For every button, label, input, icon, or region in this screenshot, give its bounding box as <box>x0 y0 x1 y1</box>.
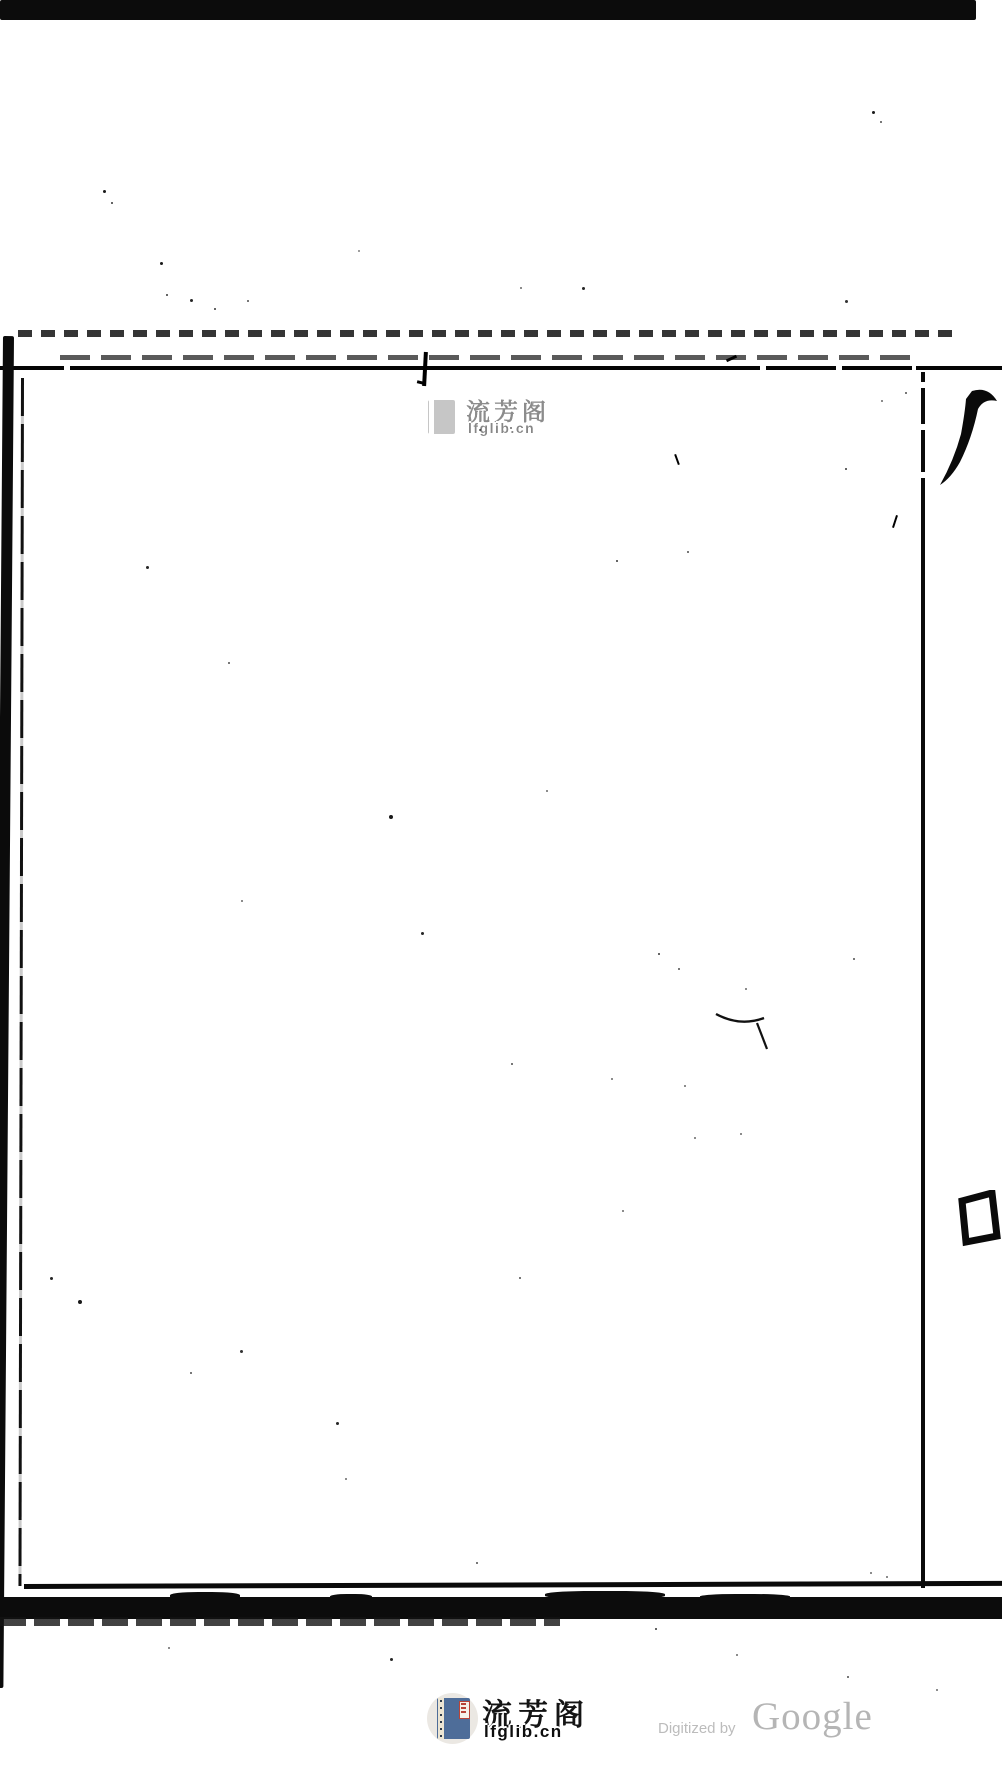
scan-bar-white-gap <box>298 349 305 352</box>
scan-noise-speck <box>421 932 424 935</box>
scan-noise-speck <box>390 1658 393 1661</box>
scan-noise-speck <box>622 1210 624 1212</box>
book-stitches <box>440 1700 442 1737</box>
scan-noise-speck <box>78 1300 82 1304</box>
scan-noise-speck <box>520 287 522 289</box>
scan-noise-speck <box>103 190 106 193</box>
ink-slash <box>892 515 898 528</box>
scan-noise-speck <box>745 988 747 990</box>
scan-bar-blob <box>170 1592 240 1600</box>
frame-right-rule <box>921 372 925 1588</box>
scan-bar-white-gap <box>556 341 568 345</box>
ink-slash <box>674 454 680 465</box>
scan-noise-speck <box>510 427 512 429</box>
scan-noise-speck <box>389 815 393 819</box>
scan-noise-speck <box>50 1277 53 1280</box>
frame-left-border <box>0 336 14 1688</box>
scan-noise-speck <box>240 1350 243 1353</box>
frame-top-rule <box>0 366 1002 370</box>
scanned-book-page: 流芳阁 lfglib.cn 流芳阁 lfglib.cn Digitized by… <box>0 0 1002 1774</box>
char-fragment-kou <box>955 1190 1002 1248</box>
watermark-site-url: lfglib.cn <box>468 420 535 436</box>
scan-noise-speck <box>546 790 548 792</box>
scan-bar-blob <box>330 1594 372 1600</box>
scan-noise-speck <box>476 1562 478 1564</box>
top-scan-bar-ragged-edge <box>18 330 952 337</box>
scan-noise-speck <box>905 392 907 394</box>
scan-noise-speck <box>616 560 618 562</box>
char-fragment-brush-stroke <box>938 386 1000 488</box>
scan-noise-speck <box>247 300 249 302</box>
google-logo: Google <box>752 1694 873 1739</box>
scan-noise-speck <box>168 1647 170 1649</box>
scan-noise-speck <box>345 1478 347 1480</box>
digitized-by-text: Digitized by <box>658 1720 736 1737</box>
scan-noise-speck <box>678 968 680 970</box>
scan-noise-speck <box>853 958 855 960</box>
scan-noise-speck <box>358 250 360 252</box>
frame-left-inner-rule <box>18 378 24 1586</box>
scan-noise-speck <box>886 1576 888 1578</box>
scan-noise-speck <box>740 1133 742 1135</box>
book-spine <box>429 400 434 434</box>
scan-noise-speck <box>684 1085 686 1087</box>
scan-noise-speck <box>870 1572 872 1574</box>
scan-noise-speck <box>881 400 883 402</box>
top-scan-bar <box>0 0 976 20</box>
scan-noise-speck <box>214 308 216 310</box>
scan-noise-speck <box>582 287 585 290</box>
scan-noise-speck <box>880 121 882 123</box>
scan-noise-speck <box>519 1277 521 1279</box>
scan-noise-speck <box>166 294 168 296</box>
scan-noise-speck <box>687 551 689 553</box>
scan-noise-speck <box>146 566 149 569</box>
scan-bar-blob <box>700 1594 790 1600</box>
scan-noise-speck <box>845 468 847 470</box>
scan-bar-white-gap <box>468 343 478 347</box>
scan-noise-speck <box>479 429 481 431</box>
scan-noise-speck <box>336 1422 339 1425</box>
hairline-mark <box>712 1002 774 1054</box>
scan-bar-blob <box>545 1591 665 1599</box>
watermark-site-url: lfglib.cn <box>484 1722 563 1742</box>
ink-nick <box>417 380 425 385</box>
top-scan-bar-ragged-edge <box>60 355 920 360</box>
scan-noise-speck <box>241 900 243 902</box>
scan-noise-speck <box>228 662 230 664</box>
bottom-scan-bar <box>0 1597 1002 1619</box>
scan-noise-speck <box>694 1137 696 1139</box>
scan-noise-speck <box>872 111 875 114</box>
scan-noise-speck <box>111 202 113 204</box>
scan-noise-speck <box>655 1628 657 1630</box>
scan-noise-speck <box>190 299 193 302</box>
book-label-text-marks <box>461 1703 466 1715</box>
scan-noise-speck <box>160 262 163 265</box>
scan-noise-speck <box>658 953 660 955</box>
scan-noise-speck <box>847 1676 849 1678</box>
bottom-scan-bar-ragged-edge <box>0 1617 560 1626</box>
scan-noise-speck <box>611 1078 613 1080</box>
frame-bottom-rule <box>24 1581 1002 1589</box>
scan-noise-speck <box>736 1654 738 1656</box>
scan-noise-speck <box>511 1063 513 1065</box>
scan-noise-speck <box>936 1689 938 1691</box>
scan-noise-speck <box>190 1372 192 1374</box>
scan-noise-speck <box>845 300 848 303</box>
